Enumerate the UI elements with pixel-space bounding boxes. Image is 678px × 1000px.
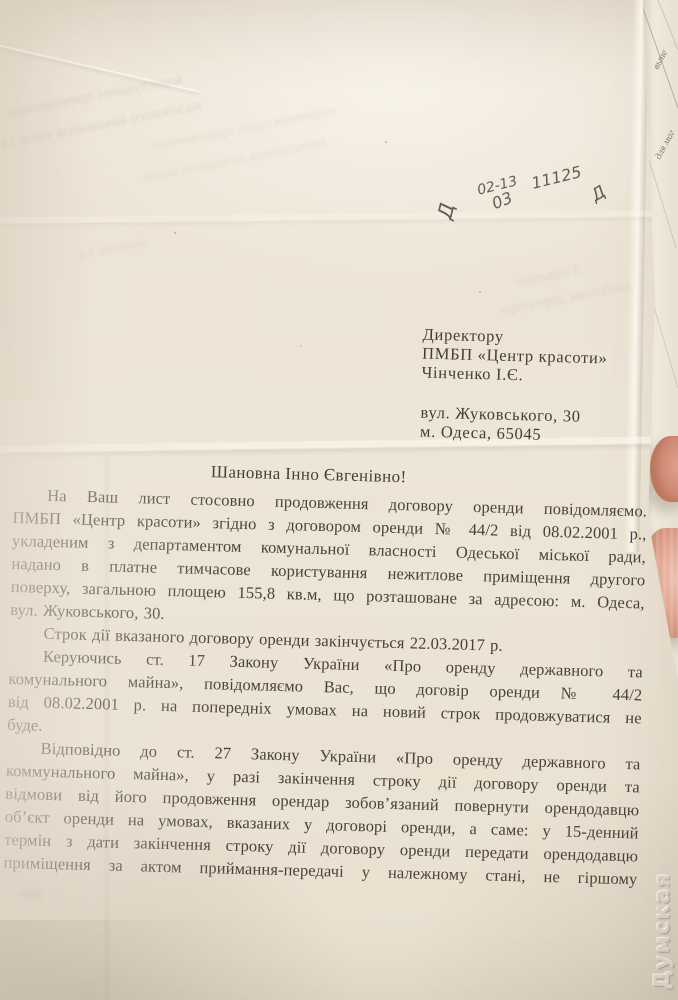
- paragraph: Керуючись ст. 17 Закону України «Про оре…: [7, 644, 643, 753]
- letter-content: Директору ПМБП «Центр красоти» Чінченко …: [3, 314, 651, 890]
- fold-crease: [0, 211, 655, 230]
- photo-of-letter: вьте для маг користування приміщенням на…: [0, 0, 678, 1000]
- ghost-text: З повагою: [515, 262, 582, 291]
- background-paper-label: для маг: [653, 128, 678, 161]
- dust-speck: [479, 291, 481, 293]
- handwriting-mark: 11125: [529, 162, 583, 193]
- address-block: вул. Жуковського, 30 м. Одеса, 65045: [420, 403, 650, 447]
- letter-body: На Ваш лист стосовно продовження договор…: [3, 483, 647, 890]
- document-paper: користування приміщенням належного викон…: [0, 0, 678, 1000]
- dust-speck: [174, 232, 176, 234]
- handwriting-mark: Д: [432, 201, 459, 222]
- cut-off-line: ніж: [20, 886, 43, 904]
- background-paper-label: вьте: [651, 48, 671, 72]
- handwriting-mark: Д: [588, 182, 610, 206]
- paragraph: Відповідно до ст. 27 Закону України «Про…: [3, 736, 640, 891]
- recipient-block: Директору ПМБП «Центр красоти» Чінченко …: [421, 325, 651, 388]
- paragraph: На Ваш лист стосовно продовження договор…: [10, 483, 647, 638]
- ghost-text: мовллєю 4.6: [77, 234, 147, 263]
- watermark: Думская: [650, 872, 674, 990]
- dust-speck: [385, 141, 387, 143]
